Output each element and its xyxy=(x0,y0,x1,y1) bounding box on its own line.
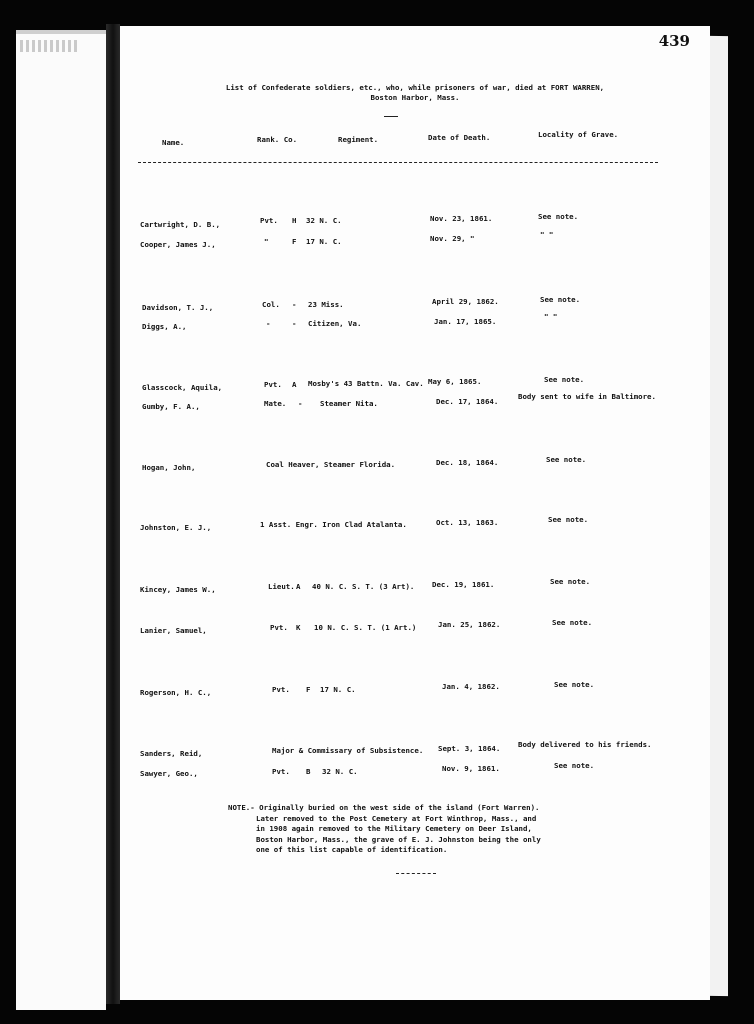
row-rank: Lieut. xyxy=(268,582,295,591)
row-regiment: 32 N. C. xyxy=(322,767,358,776)
row-date: Sept. 3, 1864. xyxy=(438,744,500,753)
row-date: Jan. 25, 1862. xyxy=(438,620,500,629)
row-rank: Pvt. xyxy=(264,380,282,389)
row-name: Lanier, Samuel, xyxy=(140,626,207,635)
book-gutter xyxy=(106,24,120,1004)
row-grave: See note. xyxy=(554,680,594,689)
column-header-name: Name. xyxy=(162,138,184,147)
end-rule xyxy=(396,873,436,874)
row-regiment: Steamer Nita. xyxy=(320,399,378,408)
row-name: Davidson, T. J., xyxy=(142,303,213,312)
row-name: Hogan, John, xyxy=(142,463,195,472)
facing-page xyxy=(16,30,106,1010)
row-regiment: Mosby's 43 Battn. Va. Cav. xyxy=(308,379,424,388)
column-header-grave: Locality of Grave. xyxy=(538,130,618,139)
row-name: Sanders, Reid, xyxy=(140,749,202,758)
row-co: - xyxy=(292,319,296,328)
row-co: A xyxy=(292,380,296,389)
row-grave: See note. xyxy=(554,761,594,770)
row-date: May 6, 1865. xyxy=(428,377,481,386)
row-name: Cartwright, D. B., xyxy=(140,220,220,229)
note-line-5: one of this list capable of identificati… xyxy=(228,845,541,856)
row-date: Dec. 19, 1861. xyxy=(432,580,494,589)
row-date: Dec. 17, 1864. xyxy=(436,397,498,406)
row-date: Dec. 18, 1864. xyxy=(436,458,498,467)
row-rank: Major & Commissary of Subsistence. xyxy=(272,746,423,755)
row-grave: Body sent to wife in Baltimore. xyxy=(518,392,656,401)
row-grave: " " xyxy=(544,312,557,321)
row-regiment: 17 N. C. xyxy=(306,237,342,246)
row-rank: Mate. xyxy=(264,399,286,408)
row-name: Diggs, A., xyxy=(142,322,187,331)
row-rank: Pvt. xyxy=(272,767,290,776)
row-date: Nov. 9, 1861. xyxy=(442,764,500,773)
row-co: A xyxy=(296,582,300,591)
row-name: Sawyer, Geo., xyxy=(140,769,198,778)
row-grave: Body delivered to his friends. xyxy=(518,740,652,749)
row-rank: Pvt. xyxy=(270,623,288,632)
row-co: - xyxy=(298,399,302,408)
row-rank: - xyxy=(266,319,270,328)
row-rank: Coal Heaver, Steamer Florida. xyxy=(266,460,395,469)
note-line-2: Later removed to the Post Cemetery at Fo… xyxy=(228,814,541,825)
row-grave: See note. xyxy=(544,375,584,384)
footnote: NOTE.- Originally buried on the west sid… xyxy=(228,803,541,856)
row-date: Oct. 13, 1863. xyxy=(436,518,498,527)
row-co: K xyxy=(296,623,300,632)
row-name: Johnston, E. J., xyxy=(140,523,211,532)
row-rank: Pvt. xyxy=(260,216,278,225)
row-regiment: 10 N. C. S. T. (1 Art.) xyxy=(314,623,416,632)
row-date: Jan. 4, 1862. xyxy=(442,682,500,691)
column-header-regiment: Regiment. xyxy=(338,135,378,144)
row-co: B xyxy=(306,767,310,776)
row-grave: See note. xyxy=(548,515,588,524)
row-name: Rogerson, H. C., xyxy=(140,688,211,697)
page-number: 439 xyxy=(659,32,690,50)
row-grave: See note. xyxy=(552,618,592,627)
row-rank: 1 Asst. Engr. Iron Clad Atalanta. xyxy=(260,520,407,529)
row-date: Jan. 17, 1865. xyxy=(434,317,496,326)
note-line-4: Boston Harbor, Mass., the grave of E. J.… xyxy=(228,835,541,846)
note-line-3: in 1908 again removed to the Military Ce… xyxy=(228,824,541,835)
row-rank: Pvt. xyxy=(272,685,290,694)
row-rank: " xyxy=(264,237,268,246)
note-line-1: NOTE.- Originally buried on the west sid… xyxy=(228,803,541,814)
row-regiment: 40 N. C. S. T. (3 Art). xyxy=(312,582,414,591)
row-regiment: Citizen, Va. xyxy=(308,319,361,328)
row-name: Gumby, F. A., xyxy=(142,402,200,411)
row-grave: See note. xyxy=(538,212,578,221)
title-rule xyxy=(384,116,398,117)
header-rule xyxy=(138,162,658,164)
column-header-date: Date of Death. xyxy=(428,133,490,142)
row-regiment: 23 Miss. xyxy=(308,300,344,309)
row-regiment: 32 N. C. xyxy=(306,216,342,225)
column-header-rank-co: Rank. Co. xyxy=(257,135,297,144)
row-date: Nov. 29, " xyxy=(430,234,475,243)
row-rank: Col. xyxy=(262,300,280,309)
document-title: List of Confederate soldiers, etc., who,… xyxy=(120,83,710,103)
row-co: - xyxy=(292,300,296,309)
row-name: Kincey, James W., xyxy=(140,585,216,594)
row-date: Nov. 23, 1861. xyxy=(430,214,492,223)
row-co: F xyxy=(292,237,296,246)
row-co: H xyxy=(292,216,296,225)
row-grave: See note. xyxy=(550,577,590,586)
row-co: F xyxy=(306,685,310,694)
row-grave: See note. xyxy=(546,455,586,464)
title-line-1: List of Confederate soldiers, etc., who,… xyxy=(120,83,710,93)
row-name: Glasscock, Aquila, xyxy=(142,383,222,392)
title-line-2: Boston Harbor, Mass. xyxy=(120,93,710,103)
row-date: April 29, 1862. xyxy=(432,297,499,306)
row-grave: See note. xyxy=(540,295,580,304)
row-grave: " " xyxy=(540,230,553,239)
row-regiment: 17 N. C. xyxy=(320,685,356,694)
row-name: Cooper, James J., xyxy=(140,240,216,249)
document-page: 439 List of Confederate soldiers, etc., … xyxy=(120,26,710,1000)
